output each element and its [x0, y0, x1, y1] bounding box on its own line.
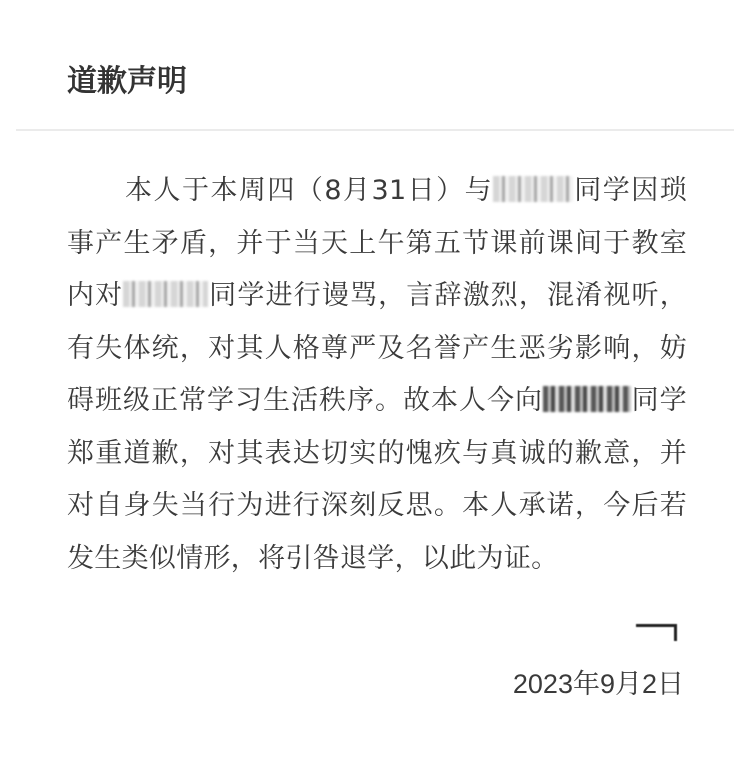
signature-area [590, 618, 685, 646]
statement-text-part-1: 本人于本周四（8月31日）与 [125, 175, 493, 206]
redacted-name-2 [123, 281, 208, 307]
statement-body: 本人于本周四（8月31日）与同学因琐事产生矛盾，并于当天上午第五节课前课间于教室… [67, 165, 687, 585]
redacted-name-3 [543, 386, 631, 412]
document-title: 道歉声明 [67, 62, 187, 102]
signature-mark [636, 624, 677, 641]
statement-date: 2023年9月2日 [513, 664, 684, 704]
title-divider [16, 129, 734, 131]
redacted-name-1 [493, 176, 573, 202]
